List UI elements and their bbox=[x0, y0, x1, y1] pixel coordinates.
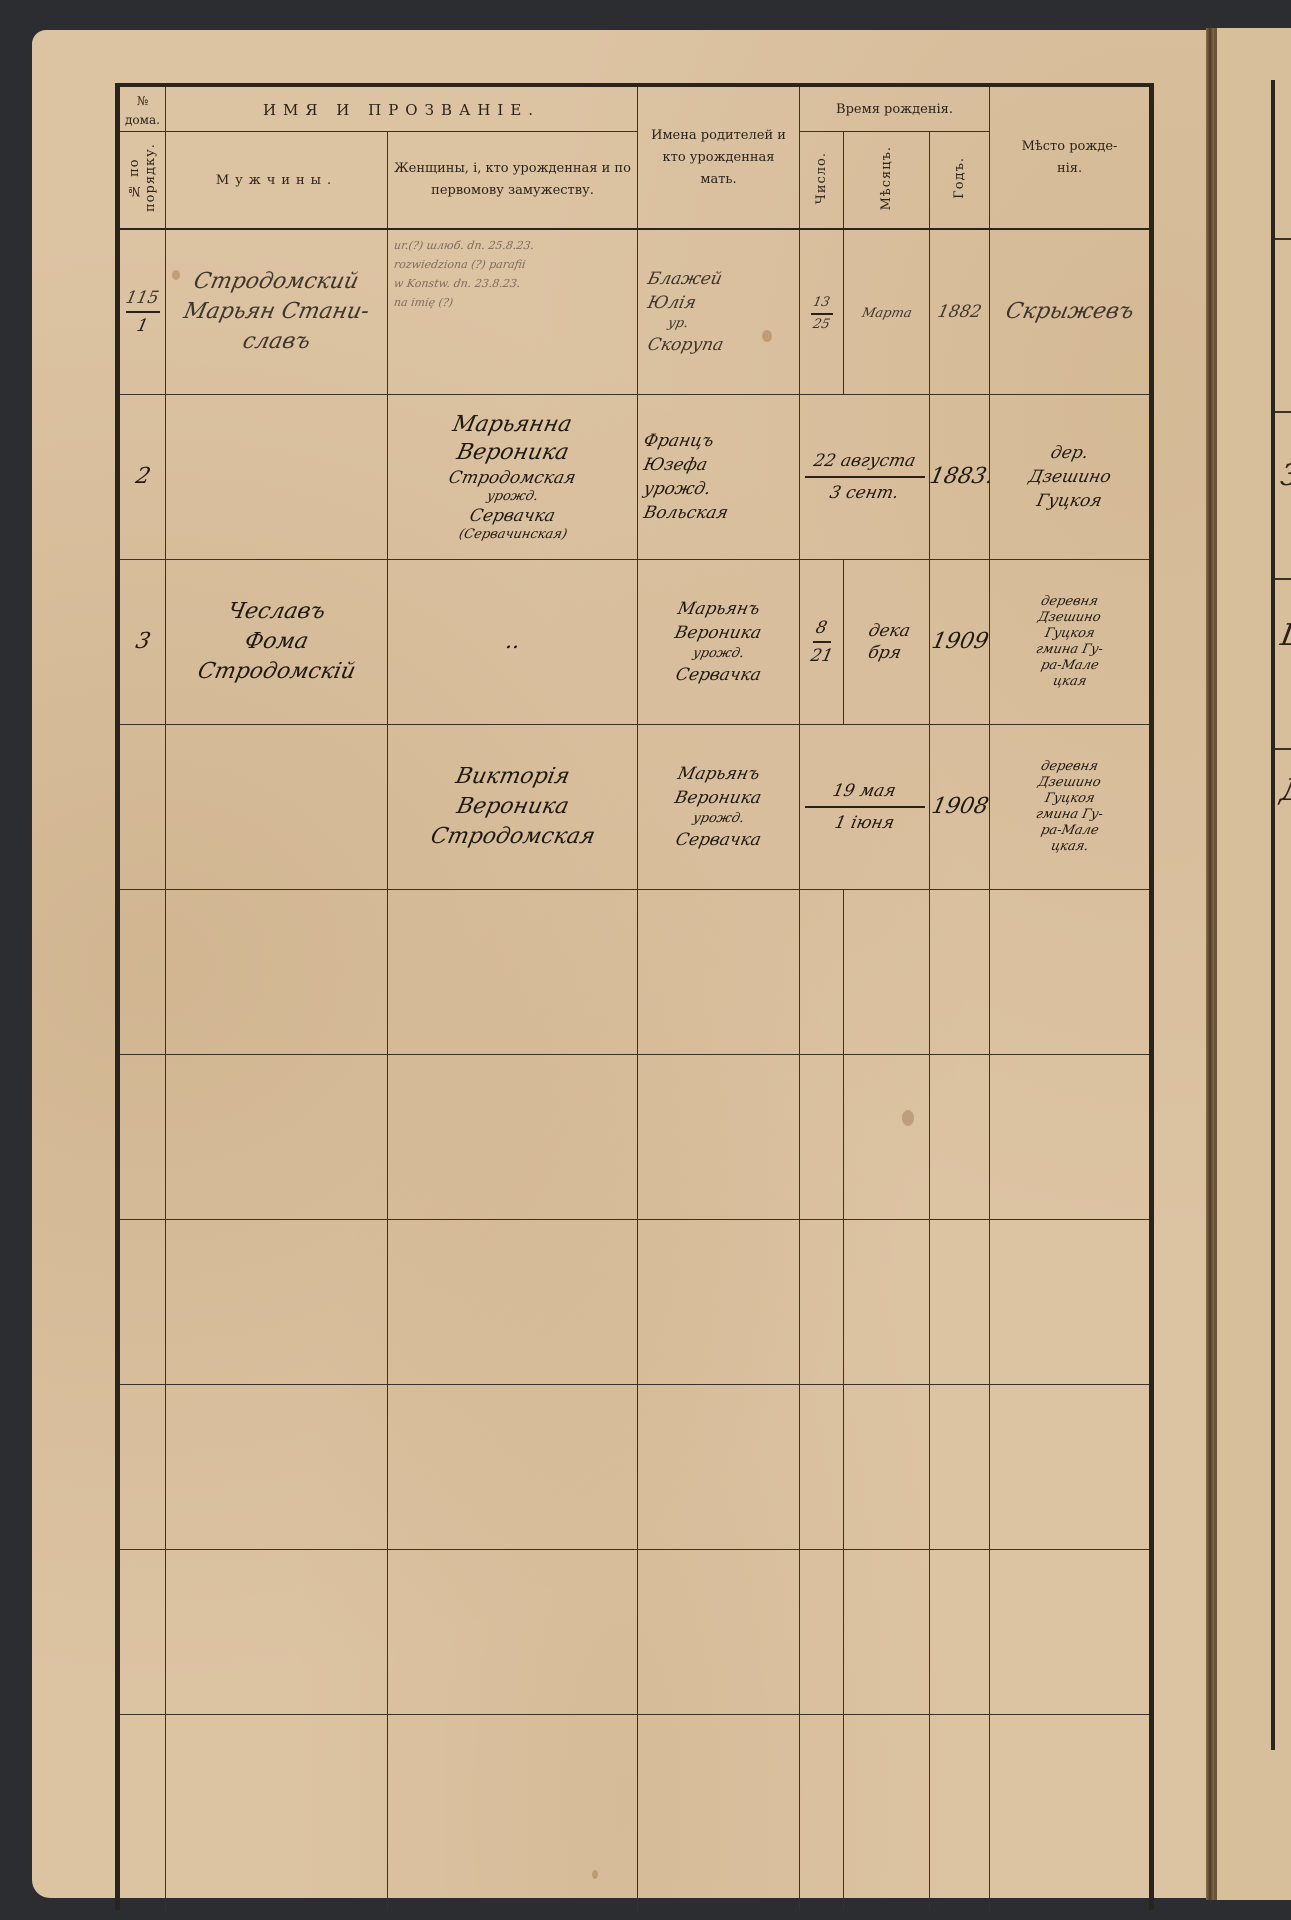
women-name: Марьянна Вероника Стродомская урожд. Сер… bbox=[388, 395, 638, 560]
header-row-no: № по порядку. bbox=[118, 132, 166, 230]
empty-entry-row bbox=[118, 1385, 1152, 1550]
birth-year: 1908 bbox=[930, 725, 990, 890]
women-name: .. bbox=[388, 560, 638, 725]
birthplace: дер. Дзешино Гуцкоя bbox=[990, 395, 1152, 560]
men-name: Чеславъ Фома Стродомскій bbox=[166, 560, 388, 725]
parents-names: Марьянъ Вероника урожд. Сервачка bbox=[638, 725, 800, 890]
register-entry: 2 Марьянна Вероника Стродомская урожд. С… bbox=[118, 395, 1152, 560]
register-table: № дома. ИМЯ И ПРОЗВАНІЕ. Имена родителей… bbox=[115, 83, 1154, 1910]
birth-year: 1882 bbox=[930, 229, 990, 395]
birthplace: деревня Дзешино Гуцкоя гмина Гу- ра-Мале… bbox=[990, 725, 1152, 890]
birth-day: 13 25 bbox=[800, 229, 844, 395]
header-year: Годъ. bbox=[930, 132, 990, 230]
header-row-1: № дома. ИМЯ И ПРОЗВАНІЕ. Имена родителей… bbox=[118, 85, 1152, 132]
row-number: 3 bbox=[118, 560, 166, 725]
birth-month: Марта bbox=[844, 229, 930, 395]
birthplace: Скрыжевъ bbox=[990, 229, 1152, 395]
empty-entry-row bbox=[118, 1055, 1152, 1220]
book-gutter bbox=[1206, 28, 1214, 1900]
empty-entry-row bbox=[118, 1715, 1152, 1910]
header-birth-time: Время рожденія. bbox=[800, 85, 990, 132]
row-number bbox=[118, 725, 166, 890]
men-name bbox=[166, 395, 388, 560]
header-birthplace: Мѣсто рожде-нія. bbox=[990, 85, 1152, 229]
birth-month: дека бря bbox=[844, 560, 930, 725]
birth-day-month: 19 мая 1 іюня bbox=[800, 725, 930, 890]
header-parents: Имена родителей и кто урожденная мать. bbox=[638, 85, 800, 229]
register-entry: 115 1 Стродомский Марьян Стани- славъ ur… bbox=[118, 229, 1152, 395]
empty-entry-row bbox=[118, 890, 1152, 1055]
facing-page-rule bbox=[1275, 748, 1291, 750]
facing-page-fragment: Ш bbox=[1278, 618, 1291, 653]
parents-names: Францъ Юзефа урожд. Вольская bbox=[638, 395, 800, 560]
header-month: Мѣсяцъ. bbox=[844, 132, 930, 230]
header-house-no: № дома. bbox=[118, 85, 166, 132]
facing-page-rule bbox=[1275, 411, 1291, 413]
birth-day-month: 22 августа 3 сент. bbox=[800, 395, 930, 560]
parents-names: Марьянъ Вероника урожд. Сервачка bbox=[638, 560, 800, 725]
men-name: Стродомский Марьян Стани- славъ bbox=[166, 229, 388, 395]
birthplace: деревня Дзешино Гуцкоя гмина Гу- ра-Мале… bbox=[990, 560, 1152, 725]
birth-year: 1909 bbox=[930, 560, 990, 725]
register-entry: 3 Чеславъ Фома Стродомскій .. Марьянъ Ве… bbox=[118, 560, 1152, 725]
facing-page-fragment: Зо bbox=[1278, 458, 1291, 493]
women-annotation: ur.(?) шлюб. dn. 25.8.23. rozwiedziona (… bbox=[388, 229, 638, 395]
header-day: Число. bbox=[800, 132, 844, 230]
men-name bbox=[166, 725, 388, 890]
women-name: Викторія Вероника Стродомская bbox=[388, 725, 638, 890]
header-women: Женщины, і, кто урожденная и по первомов… bbox=[388, 132, 638, 230]
empty-entry-row bbox=[118, 1550, 1152, 1715]
parents-names: Блажей Юлія ур. Скорупа bbox=[638, 229, 800, 395]
row-number: 2 bbox=[118, 395, 166, 560]
facing-page-rule bbox=[1275, 238, 1291, 240]
facing-page-frame bbox=[1271, 80, 1275, 1750]
facing-page-fragment: Дз bbox=[1278, 773, 1291, 808]
register-entry: Викторія Вероника Стродомская Марьянъ Ве… bbox=[118, 725, 1152, 890]
header-men: Мужчины. bbox=[166, 132, 388, 230]
birth-year: 1883. bbox=[930, 395, 990, 560]
header-name-group: ИМЯ И ПРОЗВАНІЕ. bbox=[166, 85, 638, 132]
empty-entry-row bbox=[118, 1220, 1152, 1385]
facing-page-rule bbox=[1275, 578, 1291, 580]
birth-day: 8 21 bbox=[800, 560, 844, 725]
house-and-row-number: 115 1 bbox=[118, 229, 166, 395]
facing-page-edge: Зо Ш Дз bbox=[1214, 28, 1291, 1900]
